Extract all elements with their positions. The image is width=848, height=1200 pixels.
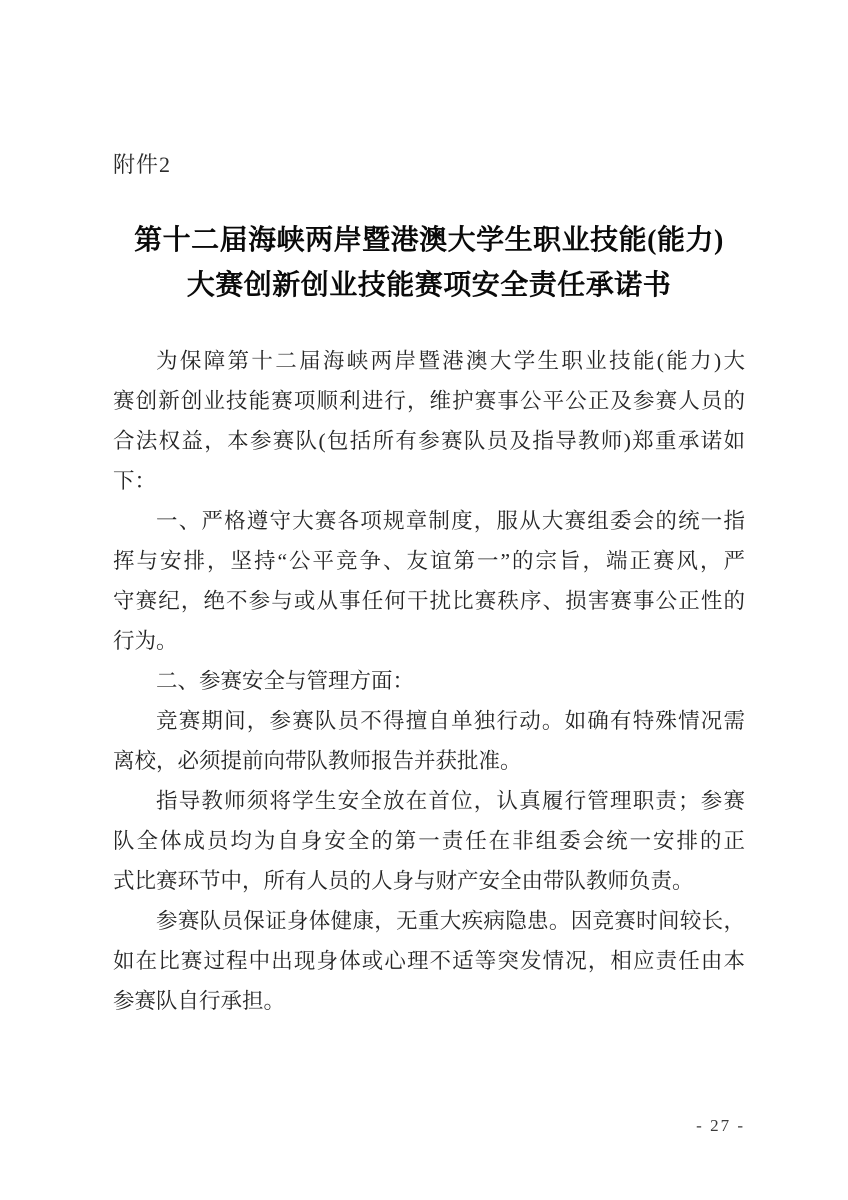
- paragraph-line: 式比赛环节中，所有人员的人身与财产安全由带队教师负责。: [113, 861, 745, 901]
- document-body: 为保障第十二届海峡两岸暨港澳大学生职业技能(能力)大 赛创新创业技能赛项顺利进行…: [113, 341, 745, 1021]
- paragraph-item-1: 一、严格遵守大赛各项规章制度，服从大赛组委会的统一指 挥与安排，坚持“公平竞争、…: [113, 501, 745, 661]
- paragraph-intro: 为保障第十二届海峡两岸暨港澳大学生职业技能(能力)大 赛创新创业技能赛项顺利进行…: [113, 341, 745, 501]
- paragraph-line: 一、严格遵守大赛各项规章制度，服从大赛组委会的统一指: [113, 501, 745, 541]
- title-line-1: 第十二届海峡两岸暨港澳大学生职业技能(能力): [105, 218, 753, 263]
- paragraph-line: 行为。: [113, 621, 745, 661]
- paragraph-line: 离校，必须提前向带队教师报告并获批准。: [113, 741, 745, 781]
- page-number: - 27 -: [696, 1116, 745, 1136]
- paragraph-line: 挥与安排，坚持“公平竞争、友谊第一”的宗旨，端正赛风，严: [113, 541, 745, 581]
- paragraph-line: 为保障第十二届海峡两岸暨港澳大学生职业技能(能力)大: [113, 341, 745, 381]
- attachment-label: 附件2: [113, 152, 171, 178]
- paragraph-item-2c: 参赛队员保证身体健康，无重大疾病隐患。因竞赛时间较长， 如在比赛过程中出现身体或…: [113, 901, 745, 1021]
- paragraph-item-2a: 竞赛期间，参赛队员不得擅自单独行动。如确有特殊情况需 离校，必须提前向带队教师报…: [113, 701, 745, 781]
- document-page: 附件2 第十二届海峡两岸暨港澳大学生职业技能(能力) 大赛创新创业技能赛项安全责…: [0, 0, 848, 1200]
- paragraph-line: 合法权益，本参赛队(包括所有参赛队员及指导教师)郑重承诺如: [113, 421, 745, 461]
- paragraph-line: 下：: [113, 461, 745, 501]
- paragraph-line: 竞赛期间，参赛队员不得擅自单独行动。如确有特殊情况需: [113, 701, 745, 741]
- paragraph-line: 如在比赛过程中出现身体或心理不适等突发情况，相应责任由本: [113, 941, 745, 981]
- paragraph-item-2b: 指导教师须将学生安全放在首位，认真履行管理职责；参赛 队全体成员均为自身安全的第…: [113, 781, 745, 901]
- paragraph-line: 二、参赛安全与管理方面：: [113, 661, 745, 701]
- paragraph-item-2-heading: 二、参赛安全与管理方面：: [113, 661, 745, 701]
- document-title: 第十二届海峡两岸暨港澳大学生职业技能(能力) 大赛创新创业技能赛项安全责任承诺书: [105, 218, 753, 308]
- paragraph-line: 守赛纪，绝不参与或从事任何干扰比赛秩序、损害赛事公正性的: [113, 581, 745, 621]
- paragraph-line: 参赛队员保证身体健康，无重大疾病隐患。因竞赛时间较长，: [113, 901, 745, 941]
- title-line-2: 大赛创新创业技能赛项安全责任承诺书: [105, 263, 753, 308]
- paragraph-line: 参赛队自行承担。: [113, 981, 745, 1021]
- paragraph-line: 指导教师须将学生安全放在首位，认真履行管理职责；参赛: [113, 781, 745, 821]
- paragraph-line: 队全体成员均为自身安全的第一责任在非组委会统一安排的正: [113, 821, 745, 861]
- paragraph-line: 赛创新创业技能赛项顺利进行，维护赛事公平公正及参赛人员的: [113, 381, 745, 421]
